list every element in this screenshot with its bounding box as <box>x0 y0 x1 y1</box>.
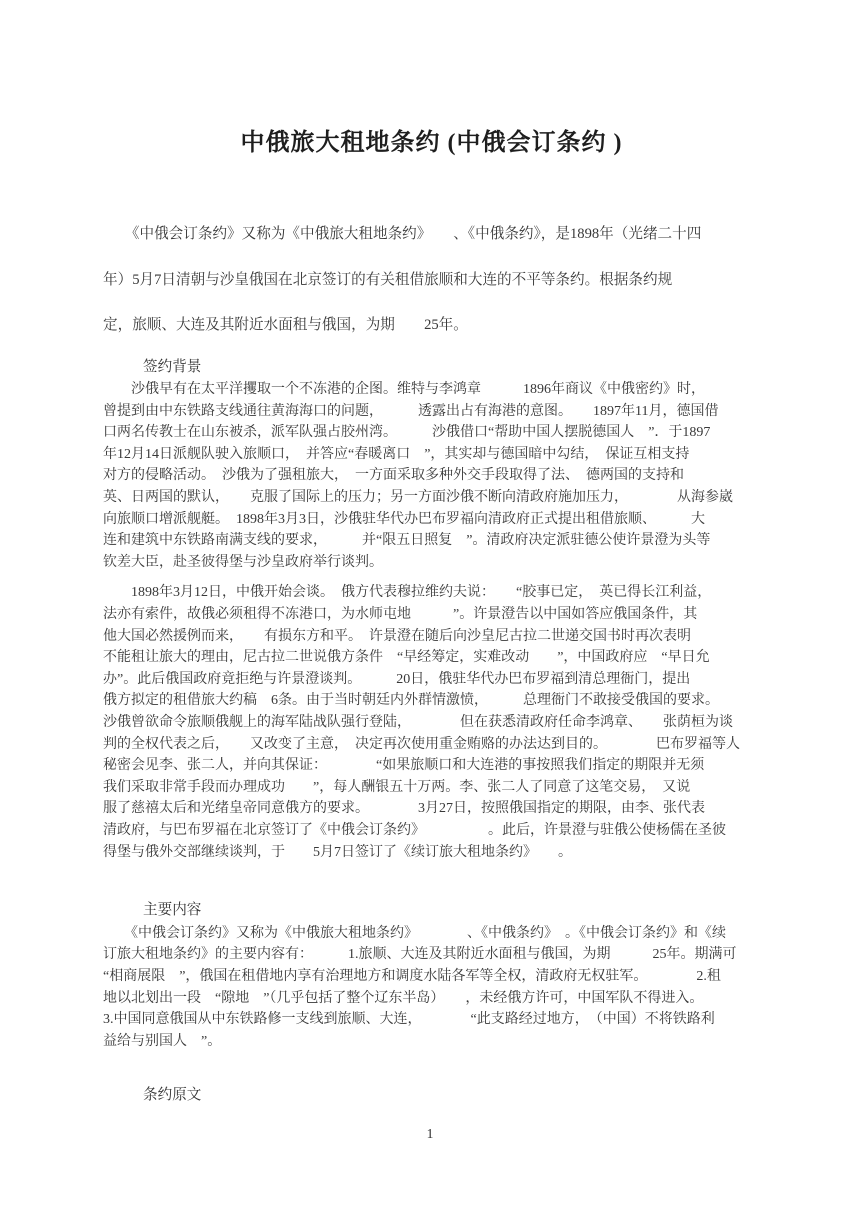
text-line: 口两名传教士在山东被杀，派军队强占胶州湾。 沙俄借口“帮助中国人摆脱德国人 ”．… <box>103 422 803 444</box>
text-line: 对方的侵略活动。 沙俄为了强租旅大， 一方面采取多种外交手段取得了法、 德两国的… <box>103 465 803 487</box>
text-line: 《中俄会订条约》又称为《中俄旅大租地条约》 、《中俄条约》 。《中俄会订条约》和… <box>103 923 803 945</box>
text-line: 我们采取非常手段而办理成功 ”，每人酬银五十万两。李、张二人了同意了这笔交易， … <box>103 777 803 799</box>
text-line: 法亦有索件，故俄必须租得不冻港口，为水师屯地 ”。许景澄告以中国如答应俄国条件，… <box>103 604 803 626</box>
text-line: 《中俄会订条约》又称为《中俄旅大租地条约》 、《中俄条约》，是1898年（光绪二… <box>103 212 803 258</box>
section-heading-main-content: 主要内容 <box>103 900 803 922</box>
text-line: 清政府，与巴布罗福在北京签订了《中俄会订条约》 。此后，许景澄与驻俄公使杨儒在圣… <box>103 820 803 842</box>
text-line: “相商展限 ”，俄国在租借地内享有治理地方和调度水陆各军等全权，清政府无权驻军。… <box>103 966 803 988</box>
text-line: 年）5月7日清朝与沙皇俄国在北京签订的有关租借旅顺和大连的不平等条约。根据条约规 <box>103 258 803 304</box>
section-heading-signing-background: 签约背景 <box>103 357 803 379</box>
text-line: 1898年3月12日，中俄开始会谈。 俄方代表穆拉维约夫说： “胶事已定， 英已… <box>103 582 803 604</box>
text-line: 曾提到由中东铁路支线通往黄海海口的问题， 透露出占有海港的意图。 1897年11… <box>103 401 803 423</box>
text-line: 益给与别国人 ”。 <box>103 1031 803 1053</box>
text-line: 连和建筑中东铁路南满支线的要求， 并“限五日照复 ”。清政府决定派驻德公使许景澄… <box>103 530 803 552</box>
page-number: 1 <box>0 1126 860 1142</box>
text-line: 办”。此后俄国政府竟拒绝与许景澄谈判。 20日，俄驻华代办巴布罗福到清总理衙门，… <box>103 669 803 691</box>
text-line: 不能租让旅大的理由，尼古拉二世说俄方条件 “早经筹定，实难改动 ”，中国政府应 … <box>103 647 803 669</box>
text-line: 判的全权代表之后， 又改变了主意， 决定再次使用重金贿赂的办法达到目的。 巴布罗… <box>103 734 803 756</box>
text-line: 他大国必然援例而来， 有损东方和平。 许景澄在随后向沙皇尼古拉二世递交国书时再次… <box>103 626 803 648</box>
document-page: 中俄旅大租地条约 (中俄会订条约 ) 《中俄会订条约》又称为《中俄旅大租地条约》… <box>0 0 860 1218</box>
text-line: 订旅大租地条约》的主要内容有： 1.旅顺、大连及其附近水面租与俄国，为期 25年… <box>103 944 803 966</box>
text-line: 得堡与俄外交部继续谈判，于 5月7日签订了《续订旅大租地条约》 。 <box>103 842 803 864</box>
text-line: 沙俄曾欲命令旅顺俄舰上的海军陆战队强行登陆， 但在获悉清政府任命李鸿章、 张荫桓… <box>103 712 803 734</box>
page-title: 中俄旅大租地条约 (中俄会订条约 ) <box>103 126 760 160</box>
text-line: 钦差大臣，赴圣彼得堡与沙皇政府举行谈判。 <box>103 552 803 574</box>
text-line: 3.中国同意俄国从中东铁路修一支线到旅顺、大连， “此支路经过地方， （中国）不… <box>103 1009 803 1031</box>
paragraph-background-2: 1898年3月12日，中俄开始会谈。 俄方代表穆拉维约夫说： “胶事已定， 英已… <box>103 582 803 863</box>
text-line: 服了慈禧太后和光绪皇帝同意俄方的要求。 3月27日，按照俄国指定的期限，由李、张… <box>103 798 803 820</box>
text-line: 定，旅顺、大连及其附近水面租与俄国，为期 25年。 <box>103 303 803 349</box>
document-content: 中俄旅大租地条约 (中俄会订条约 ) 《中俄会订条约》又称为《中俄旅大租地条约》… <box>103 0 803 1107</box>
text-line: 年12月14日派舰队驶入旅顺口， 并答应“春暖离口 ”，其实却与德国暗中勾结， … <box>103 444 803 466</box>
intro-paragraph: 《中俄会订条约》又称为《中俄旅大租地条约》 、《中俄条约》，是1898年（光绪二… <box>103 212 803 349</box>
text-line: 秘密会见李、张二人，并向其保证： “如果旅顺口和大连港的事按照我们指定的期限并无… <box>103 755 803 777</box>
text-line: 向旅顺口增派舰艇。 1898年3月3日，沙俄驻华代办巴布罗福向清政府正式提出租借… <box>103 509 803 531</box>
paragraph-background-1: 沙俄早有在太平洋攫取一个不冻港的企图。维特与李鸿章 1896年商议《中俄密约》时… <box>103 379 803 573</box>
text-line: 沙俄早有在太平洋攫取一个不冻港的企图。维特与李鸿章 1896年商议《中俄密约》时… <box>103 379 803 401</box>
section-heading-treaty-text: 条约原文 <box>103 1085 803 1107</box>
text-line: 英、日两国的默认， 克服了国际上的压力；另一方面沙俄不断向清政府施加压力， 从海… <box>103 487 803 509</box>
paragraph-main-content: 《中俄会订条约》又称为《中俄旅大租地条约》 、《中俄条约》 。《中俄会订条约》和… <box>103 923 803 1053</box>
text-line: 地以北划出一段 “隙地 ”（几乎包括了整个辽东半岛） ，未经俄方许可，中国军队不… <box>103 988 803 1010</box>
text-line: 俄方拟定的租借旅大约稿 6条。由于当时朝廷内外群情激愤， 总理衙门不敢接受俄国的… <box>103 690 803 712</box>
